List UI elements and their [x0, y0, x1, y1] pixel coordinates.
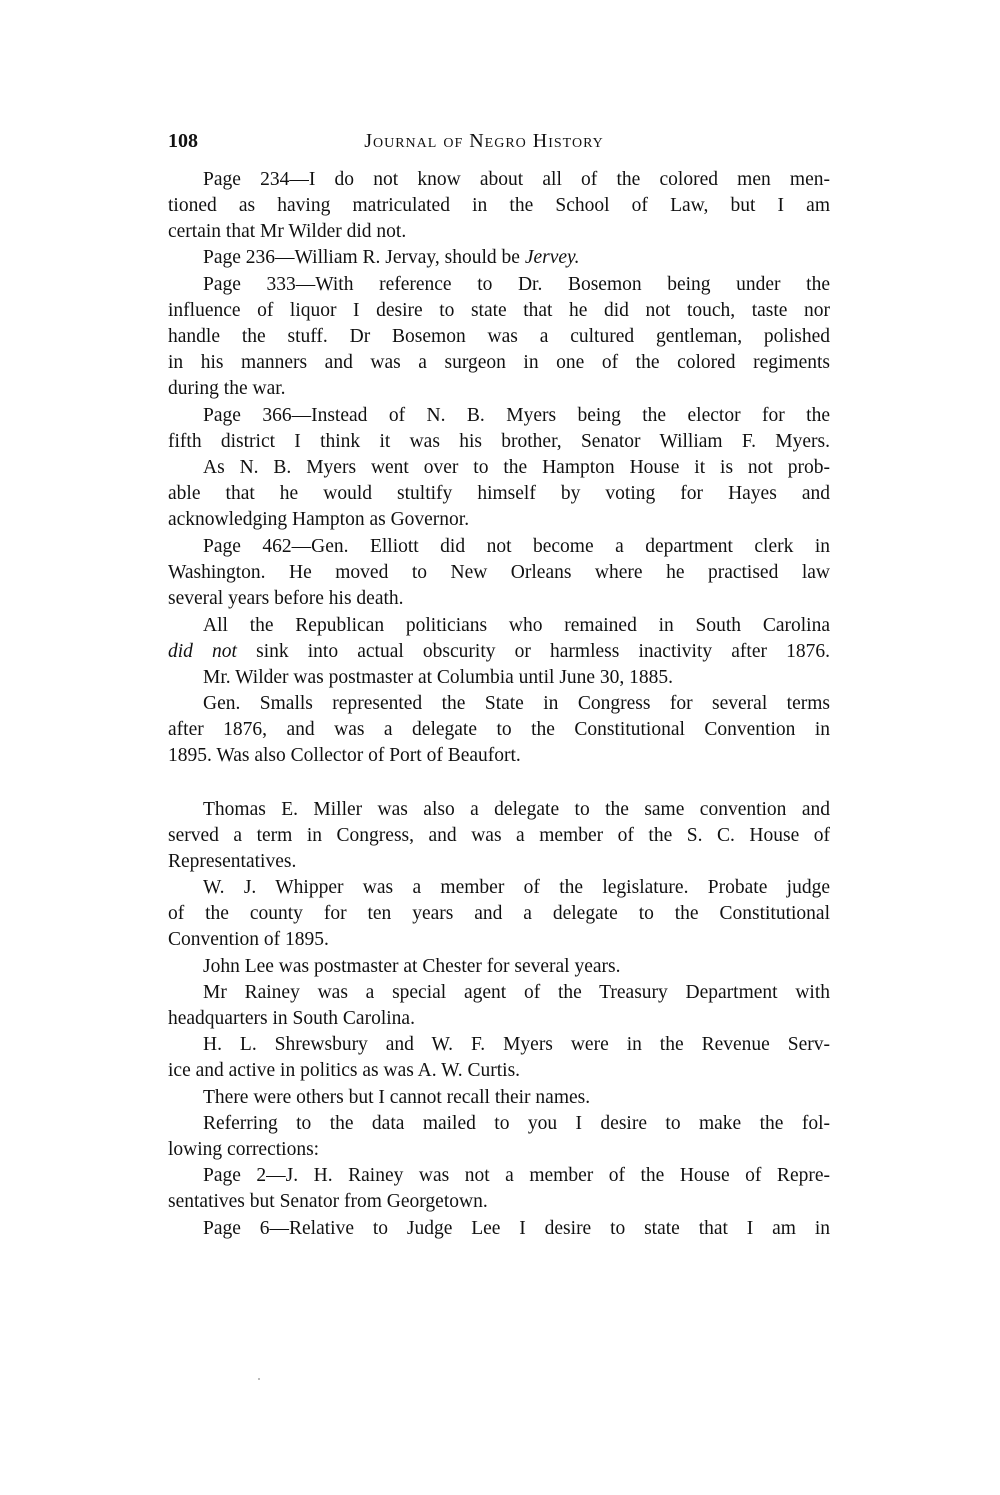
- text-line: Mr. Wilder was postmaster at Columbia un…: [203, 665, 830, 691]
- line-text: acknowledging Hampton as Governor.: [168, 509, 469, 530]
- line-text: Convention of 1895.: [168, 929, 329, 950]
- line-text: in his manners and was a surgeon in one …: [168, 352, 830, 373]
- line-text: Page 236—William R. Jervay, should be: [203, 247, 525, 268]
- line-text: Washington. He moved to New Orleans wher…: [168, 562, 830, 583]
- italic-emphasis: did not: [168, 641, 237, 662]
- text-line: headquarters in South Carolina.: [168, 1006, 830, 1032]
- line-text: headquarters in South Carolina.: [168, 1008, 415, 1029]
- scan-speck: [258, 1378, 260, 1380]
- line-text: Page 2—J. H. Rainey was not a member of …: [203, 1165, 830, 1186]
- line-text: of the county for ten years and a delega…: [168, 903, 830, 924]
- line-text: Page 462—Gen. Elliott did not become a d…: [203, 536, 830, 557]
- line-text: tioned as having matriculated in the Sch…: [168, 195, 830, 216]
- line-text: sink into actual obscurity or harmless i…: [237, 641, 830, 662]
- text-line: Page 6—Relative to Judge Lee I desire to…: [203, 1216, 830, 1242]
- line-text: Page 6—Relative to Judge Lee I desire to…: [203, 1218, 830, 1239]
- text-line: in his manners and was a surgeon in one …: [168, 350, 830, 376]
- line-text: several years before his death.: [168, 588, 404, 609]
- page-header: 108 Journal of Negro History: [168, 130, 830, 156]
- line-text: All the Republican politicians who remai…: [203, 615, 830, 636]
- text-line: Washington. He moved to New Orleans wher…: [168, 560, 830, 586]
- text-line: Referring to the data mailed to you I de…: [203, 1111, 830, 1137]
- line-text: lowing corrections:: [168, 1139, 319, 1160]
- line-text: Page 234—I do not know about all of the …: [203, 169, 830, 190]
- line-text: fifth district I think it was his brothe…: [168, 431, 830, 452]
- text-line: 1895. Was also Collector of Port of Beau…: [168, 743, 830, 769]
- text-line: Thomas E. Miller was also a delegate to …: [203, 797, 830, 823]
- line-text: Referring to the data mailed to you I de…: [203, 1113, 830, 1134]
- text-line: Page 366—Instead of N. B. Myers being th…: [203, 403, 830, 429]
- running-title: Journal of Negro History: [168, 130, 830, 153]
- line-text: sentatives but Senator from Georgetown.: [168, 1191, 488, 1212]
- text-line: did not sink into actual obscurity or ha…: [168, 639, 830, 665]
- text-line: tioned as having matriculated in the Sch…: [168, 193, 830, 219]
- text-line: Page 462—Gen. Elliott did not become a d…: [203, 534, 830, 560]
- text-line: able that he would stultify himself by v…: [168, 481, 830, 507]
- text-line: All the Republican politicians who remai…: [203, 613, 830, 639]
- text-line: fifth district I think it was his brothe…: [168, 429, 830, 455]
- line-text: Gen. Smalls represented the State in Con…: [203, 693, 830, 714]
- italic-emphasis: Jervey.: [525, 247, 580, 268]
- line-text: handle the stuff. Dr Bosemon was a cultu…: [168, 326, 830, 347]
- line-text: influence of liquor I desire to state th…: [168, 300, 830, 321]
- text-line: sentatives but Senator from Georgetown.: [168, 1189, 830, 1215]
- line-text: certain that Mr Wilder did not.: [168, 221, 406, 242]
- text-line: John Lee was postmaster at Chester for s…: [203, 954, 830, 980]
- line-text: Page 366—Instead of N. B. Myers being th…: [203, 405, 830, 426]
- text-line: after 1876, and was a delegate to the Co…: [168, 717, 830, 743]
- text-line: handle the stuff. Dr Bosemon was a cultu…: [168, 324, 830, 350]
- line-text: after 1876, and was a delegate to the Co…: [168, 719, 830, 740]
- line-text: There were others but I cannot recall th…: [203, 1087, 590, 1108]
- text-line: Page 333—With reference to Dr. Bosemon b…: [203, 272, 830, 298]
- text-line: Page 2—J. H. Rainey was not a member of …: [203, 1163, 830, 1189]
- text-line: Representatives.: [168, 849, 830, 875]
- text-line: of the county for ten years and a delega…: [168, 901, 830, 927]
- line-text: Thomas E. Miller was also a delegate to …: [203, 799, 830, 820]
- text-line: Page 234—I do not know about all of the …: [203, 167, 830, 193]
- line-text: As N. B. Myers went over to the Hampton …: [203, 457, 830, 478]
- text-line: during the war.: [168, 376, 830, 402]
- line-text: W. J. Whipper was a member of the legisl…: [203, 877, 830, 898]
- text-line: H. L. Shrewsbury and W. F. Myers were in…: [203, 1032, 830, 1058]
- text-line: lowing corrections:: [168, 1137, 830, 1163]
- line-text: 1895. Was also Collector of Port of Beau…: [168, 745, 521, 766]
- text-line: Gen. Smalls represented the State in Con…: [203, 691, 830, 717]
- line-text: ice and active in politics as was A. W. …: [168, 1060, 520, 1081]
- line-text: Mr. Wilder was postmaster at Columbia un…: [203, 667, 673, 688]
- line-text: Mr Rainey was a special agent of the Tre…: [203, 982, 830, 1003]
- text-line: There were others but I cannot recall th…: [203, 1085, 830, 1111]
- text-line: Convention of 1895.: [168, 927, 830, 953]
- text-line: Page 236—William R. Jervay, should be Je…: [203, 245, 830, 271]
- text-line: acknowledging Hampton as Governor.: [168, 507, 830, 533]
- line-text: during the war.: [168, 378, 286, 399]
- line-text: able that he would stultify himself by v…: [168, 483, 830, 504]
- line-text: Page 333—With reference to Dr. Bosemon b…: [203, 274, 830, 295]
- line-text: Representatives.: [168, 851, 296, 872]
- text-line: As N. B. Myers went over to the Hampton …: [203, 455, 830, 481]
- text-line: Mr Rainey was a special agent of the Tre…: [203, 980, 830, 1006]
- text-line: ice and active in politics as was A. W. …: [168, 1058, 830, 1084]
- line-text: H. L. Shrewsbury and W. F. Myers were in…: [203, 1034, 830, 1055]
- text-line: certain that Mr Wilder did not.: [168, 219, 830, 245]
- line-text: served a term in Congress, and was a mem…: [168, 825, 830, 846]
- document-page: 108 Journal of Negro History Page 234—I …: [0, 0, 1000, 1495]
- text-line: served a term in Congress, and was a mem…: [168, 823, 830, 849]
- line-text: John Lee was postmaster at Chester for s…: [203, 956, 620, 977]
- text-line: influence of liquor I desire to state th…: [168, 298, 830, 324]
- text-line: W. J. Whipper was a member of the legisl…: [203, 875, 830, 901]
- text-line: several years before his death.: [168, 586, 830, 612]
